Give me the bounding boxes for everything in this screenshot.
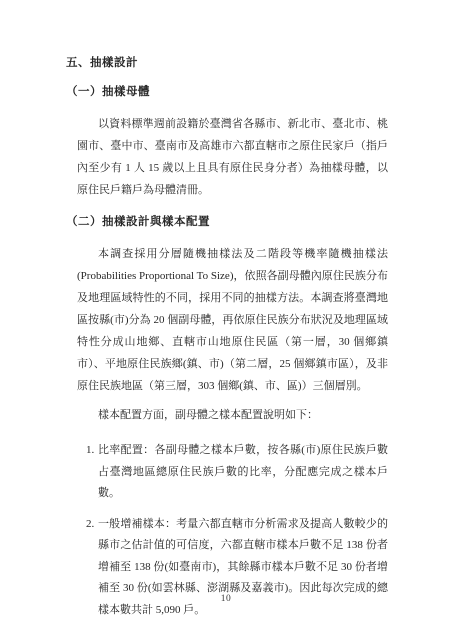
- subsection-2-heading: （二）抽樣設計與樣本配置: [66, 215, 452, 230]
- page-number: 10: [0, 594, 452, 604]
- paragraph-allocation-intro: 樣本配置方面，副母體之樣本配置說明如下：: [77, 404, 388, 426]
- list-item-text: 比率配置：各副母體之樣本戶數，按各縣(市)原住民族戶數占臺灣地區總原住民族戶數的…: [98, 440, 388, 505]
- subsection-sampling-population: （一）抽樣母體 以資料標準週前設籍於臺灣省各縣市、新北市、臺北市、桃園市、臺中市…: [66, 85, 452, 201]
- subsection-sampling-design: （二）抽樣設計與樣本配置 本調查採用分層隨機抽樣法及二階段等機率隨機抽樣法(Pr…: [66, 215, 452, 621]
- paragraph-sampling-population: 以資料標準週前設籍於臺灣省各縣市、新北市、臺北市、桃園市、臺中市、臺南市及高雄市…: [77, 113, 388, 201]
- list-item-text: 一般增補樣本：考量六都直轄市分析需求及提高人數較少的縣市之估計值的可信度，六都直…: [98, 514, 388, 622]
- section-heading: 五、抽樣設計: [66, 56, 452, 71]
- document-page: 五、抽樣設計 （一）抽樣母體 以資料標準週前設籍於臺灣省各縣市、新北市、臺北市、…: [0, 0, 452, 640]
- list-item-number: 2.: [86, 514, 98, 622]
- subsection-1-heading: （一）抽樣母體: [66, 85, 452, 100]
- paragraph-sampling-method: 本調查採用分層隨機抽樣法及二階段等機率隨機抽樣法(Probabilities P…: [77, 243, 388, 397]
- list-item-ratio-allocation: 1. 比率配置：各副母體之樣本戶數，按各縣(市)原住民族戶數占臺灣地區總原住民族…: [86, 440, 388, 505]
- list-item-supplementary-sample: 2. 一般增補樣本：考量六都直轄市分析需求及提高人數較少的縣市之估計值的可信度，…: [86, 514, 388, 622]
- list-item-number: 1.: [86, 440, 98, 505]
